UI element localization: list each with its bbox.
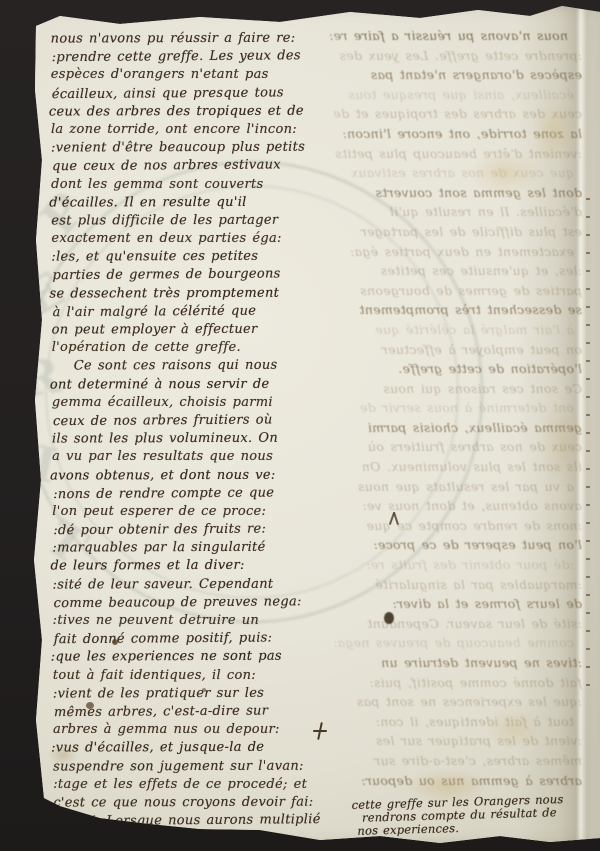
manuscript-line: :marquables par la singularité: [52, 539, 352, 558]
manuscript-line: exactement en deux parties éga:: [51, 230, 351, 248]
manuscript-line: avons obtenus, et dont nous ve:: [50, 466, 350, 485]
manuscript-line: la zone torride, ont encore l'incon:: [51, 121, 351, 139]
manuscript-line: ont determiné à nous servir de: [50, 375, 350, 394]
margin-note: cette greffe sur les Orangers nousrendro…: [351, 793, 564, 839]
manuscript-line: tout à fait identiques, il con:: [53, 667, 353, 685]
manuscript-line: arbres à gemma nus ou depour:: [53, 721, 353, 739]
manuscript-line: :nons de rendre compte ce que: [53, 484, 353, 505]
manuscript-text-block: nous n'avons pu réussir a faire re::pren…: [51, 29, 354, 830]
manuscript-line: :tives ne peuvent detruire un: [53, 612, 353, 630]
manuscript-line: :tage et les effets de ce procedé; et: [53, 776, 353, 794]
manuscript-line: c'est ce que nous croyons devoir fai:: [53, 793, 353, 812]
manuscript-paper: P E R I T nous n'avons pu réussir a fair…: [0, 0, 600, 851]
manuscript-line: mêmes arbres, c'est-a-dire sur: [54, 702, 354, 723]
ink-blot: [384, 612, 394, 624]
manuscript-line: comme beaucoup de preuves nega:: [54, 593, 354, 614]
manuscript-line: l'opération de cette greffe.: [52, 339, 352, 357]
manuscript-line: :dé pour obtenir des fruits re:: [53, 520, 353, 541]
gutter-ink-specks: [586, 198, 590, 698]
manuscript-line: :sité de leur saveur. Cependant: [53, 575, 353, 594]
manuscript-line: :les, et qu'ensuite ces petites: [51, 248, 351, 267]
manuscript-line: de leurs formes et la diver:: [50, 557, 350, 576]
manuscript-line: gemma écailleux, choisis parmi: [52, 394, 352, 412]
manuscript-line: parties de germes de bourgeons: [52, 265, 352, 286]
manuscript-line: ceux de nos arbres fruitiers où: [53, 411, 353, 432]
manuscript-line: est plus difficile de les partager: [51, 211, 351, 230]
manuscript-line: :vus d'écailles, et jusque-la de: [51, 739, 351, 758]
manuscript-line: que ceux de nos arbres estivaux: [52, 156, 352, 177]
manuscript-line: :prendre cette greffe. Les yeux des: [52, 47, 352, 68]
manuscript-line: nous n'avons pu réussir a faire re:: [51, 29, 351, 48]
manuscript-line: à l'air malgré la célérité que: [53, 302, 353, 323]
manuscript-line: Ce sont ces raisons qui nous: [52, 357, 352, 376]
manuscript-line: ils sont les plus volumineux. On: [52, 430, 352, 449]
manuscript-line: :re ici. Lorsque nous aurons multiplié: [54, 811, 354, 832]
manuscript-line: on peut employer à effectuer: [52, 320, 352, 339]
manuscript-line: l'on peut esperer de ce proce:: [52, 503, 352, 521]
ink-spot: [86, 702, 94, 709]
ink-caret-mark: [388, 512, 400, 524]
scanned-manuscript-photo: P E R I T nous n'avons pu réussir a fair…: [0, 0, 600, 851]
manuscript-line: :que les experiences ne sont pas: [51, 648, 351, 667]
ink-spot: [202, 688, 206, 692]
manuscript-line: :venient d'être beaucoup plus petits: [51, 139, 351, 158]
manuscript-line: dont les gemma sont couverts: [51, 176, 351, 194]
manuscript-line: d'écailles. Il en resulte qu'il: [49, 193, 349, 212]
ink-spot: [112, 639, 118, 645]
manuscript-line: écailleux, ainsi que presque tous: [52, 83, 352, 104]
manuscript-line: suspendre son jugement sur l'avan:: [53, 757, 353, 776]
manuscript-line: espèces d'orangers n'etant pas: [51, 66, 351, 84]
manuscript-line: a vu par les resultats que nous: [52, 448, 352, 466]
manuscript-line: ceux des arbres des tropiques et de: [49, 102, 349, 121]
manuscript-line: se dessechent très promptement: [49, 284, 349, 303]
manuscript-line: fait donné comme positif, puis:: [54, 629, 354, 650]
